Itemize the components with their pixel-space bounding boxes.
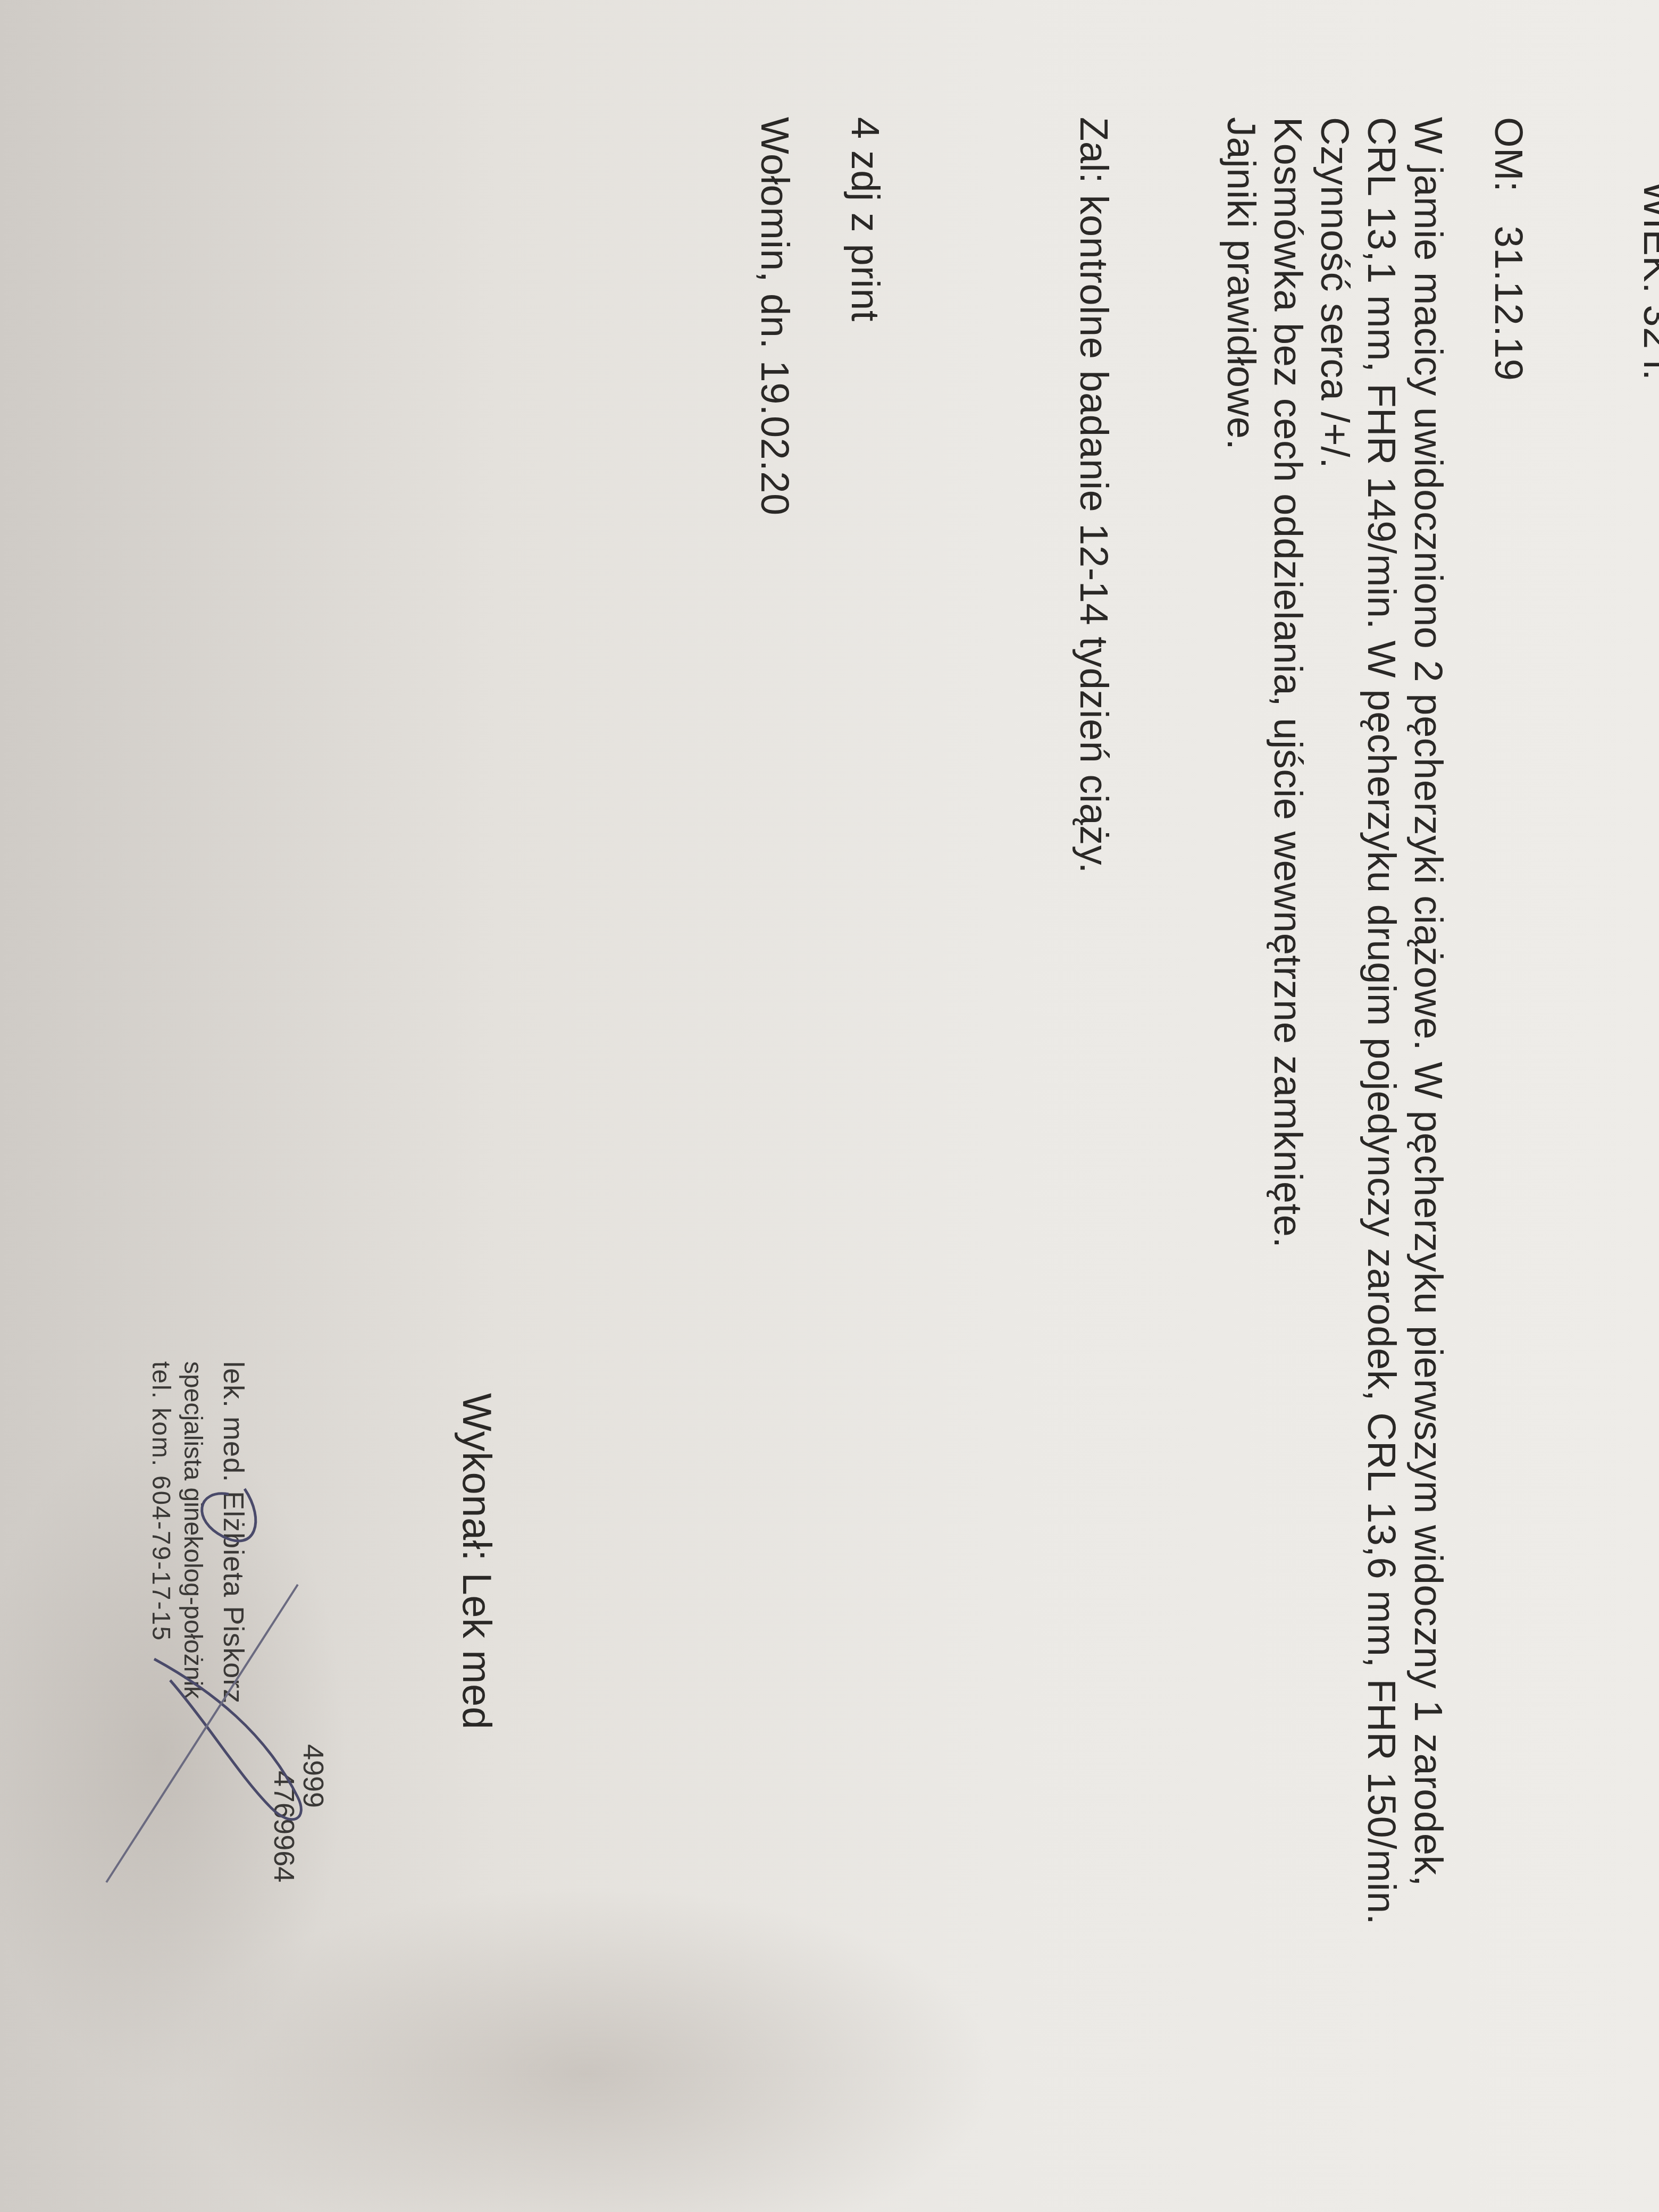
place-and-date: Wołomin, dn. 19.02.20 [752, 117, 798, 516]
findings-block: W jamie macicy uwidoczniono 2 pęcherzyki… [1218, 117, 1452, 1925]
findings-line: Jajniki prawidłowe. [1218, 117, 1264, 1925]
stamp-number-2: 4769964 [267, 1771, 300, 1882]
performed-by: Wykonał: Lek med [454, 1393, 500, 1729]
findings-line: W jamie macicy uwidoczniono 2 pęcherzyki… [1405, 117, 1452, 1925]
findings-line: Czynność serca /+/. [1311, 117, 1358, 1925]
om-label: OM: [1487, 117, 1531, 192]
om-value: 31.12.19 [1487, 225, 1531, 381]
stamp-name: lek. med. Elżbieta Piskorz [217, 1361, 250, 1704]
doctor-stamp: 4999 4769964 lek. med. Elżbieta Piskorz … [53, 1361, 330, 1946]
cut-off-header: WIEK: 32 l. [1635, 181, 1659, 381]
last-menstruation-row: OM: 31.12.19 [1486, 117, 1531, 381]
findings-line: CRL 13,1 mm, FHR 149/min. W pęcherzyku d… [1358, 117, 1405, 1925]
stamp-number-1: 4999 [297, 1744, 330, 1808]
findings-line: Kosmówka bez cech oddzielania, ujście we… [1264, 117, 1311, 1925]
recommendation: Zal: kontrolne badanie 12-14 tydzień cią… [1071, 117, 1117, 874]
ultrasound-report-page: WIEK: 32 l. OM: 31.12.19 W jamie macicy … [0, 0, 1659, 2212]
stamp-phone: tel. kom. 604-79-17-15 [146, 1361, 175, 1641]
stamp-specialty: specjalista ginekolog-położnik [178, 1361, 207, 1699]
photos-count: 4 zdj z print [843, 117, 888, 322]
